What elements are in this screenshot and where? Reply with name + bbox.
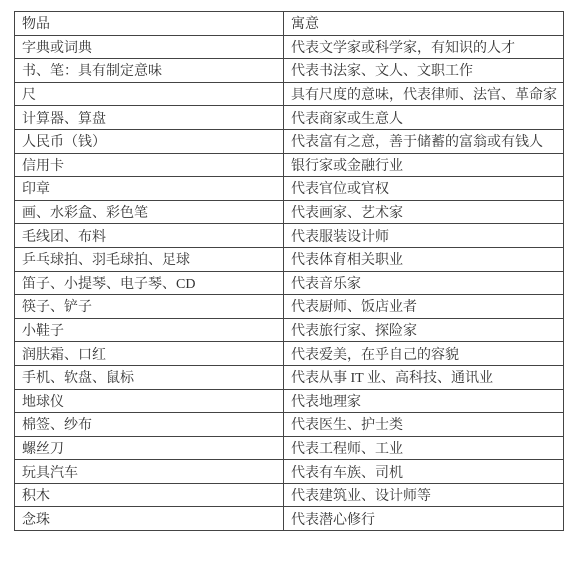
table-row: 印章代表官位或官权	[15, 177, 564, 201]
table-row: 筷子、铲子代表厨师、饭店业者	[15, 295, 564, 319]
page: { "colors": { "text": "#333333", "border…	[0, 0, 579, 563]
meaning-cell: 代表有车族、司机	[284, 460, 564, 484]
meaning-cell: 代表旅行家、探险家	[284, 318, 564, 342]
item-cell: 笛子、小提琴、电子琴、CD	[15, 271, 284, 295]
item-cell: 积木	[15, 483, 284, 507]
table-row: 积木代表建筑业、设计师等	[15, 483, 564, 507]
items-meanings-table: 物品 寓意 字典或词典代表文学家或科学家，有知识的人才书、笔：具有制定意味代表书…	[14, 11, 564, 531]
item-cell: 地球仪	[15, 389, 284, 413]
table-row: 小鞋子代表旅行家、探险家	[15, 318, 564, 342]
meaning-cell: 具有尺度的意味，代表律师、法官、革命家	[284, 82, 564, 106]
item-cell: 棉签、纱布	[15, 413, 284, 437]
item-cell: 毛线团、布料	[15, 224, 284, 248]
table-row: 螺丝刀代表工程师、工业	[15, 436, 564, 460]
table-row: 计算器、算盘代表商家或生意人	[15, 106, 564, 130]
table-row: 字典或词典代表文学家或科学家，有知识的人才	[15, 35, 564, 59]
column-header-item: 物品	[15, 12, 284, 36]
meaning-cell: 代表建筑业、设计师等	[284, 483, 564, 507]
column-header-meaning: 寓意	[284, 12, 564, 36]
table-row: 念珠代表潜心修行	[15, 507, 564, 531]
meaning-cell: 代表画家、艺术家	[284, 200, 564, 224]
table-row: 信用卡银行家或金融行业	[15, 153, 564, 177]
meaning-cell: 代表地理家	[284, 389, 564, 413]
meaning-cell: 银行家或金融行业	[284, 153, 564, 177]
meaning-cell: 代表工程师、工业	[284, 436, 564, 460]
table-row: 人民币（钱）代表富有之意，善于储蓄的富翁或有钱人	[15, 129, 564, 153]
table-body: 字典或词典代表文学家或科学家，有知识的人才书、笔：具有制定意味代表书法家、文人、…	[15, 35, 564, 530]
meaning-cell: 代表潜心修行	[284, 507, 564, 531]
meaning-cell: 代表富有之意，善于储蓄的富翁或有钱人	[284, 129, 564, 153]
item-cell: 人民币（钱）	[15, 129, 284, 153]
meaning-cell: 代表书法家、文人、文职工作	[284, 59, 564, 83]
header-row: 物品 寓意	[15, 12, 564, 36]
item-cell: 润肤霜、口红	[15, 342, 284, 366]
item-cell: 印章	[15, 177, 284, 201]
meaning-cell: 代表音乐家	[284, 271, 564, 295]
meaning-cell: 代表爱美，在乎自己的容貌	[284, 342, 564, 366]
table-row: 玩具汽车代表有车族、司机	[15, 460, 564, 484]
item-cell: 玩具汽车	[15, 460, 284, 484]
table-row: 笛子、小提琴、电子琴、CD代表音乐家	[15, 271, 564, 295]
item-cell: 书、笔：具有制定意味	[15, 59, 284, 83]
items-meanings-table-container: 物品 寓意 字典或词典代表文学家或科学家，有知识的人才书、笔：具有制定意味代表书…	[14, 11, 563, 531]
table-row: 地球仪代表地理家	[15, 389, 564, 413]
item-cell: 信用卡	[15, 153, 284, 177]
item-cell: 计算器、算盘	[15, 106, 284, 130]
item-cell: 螺丝刀	[15, 436, 284, 460]
item-cell: 念珠	[15, 507, 284, 531]
item-cell: 小鞋子	[15, 318, 284, 342]
table-row: 手机、软盘、鼠标代表从事 IT 业、高科技、通讯业	[15, 365, 564, 389]
table-row: 润肤霜、口红代表爱美，在乎自己的容貌	[15, 342, 564, 366]
item-cell: 字典或词典	[15, 35, 284, 59]
meaning-cell: 代表医生、护士类	[284, 413, 564, 437]
meaning-cell: 代表厨师、饭店业者	[284, 295, 564, 319]
item-cell: 手机、软盘、鼠标	[15, 365, 284, 389]
meaning-cell: 代表体育相关职业	[284, 247, 564, 271]
table-row: 书、笔：具有制定意味代表书法家、文人、文职工作	[15, 59, 564, 83]
meaning-cell: 代表商家或生意人	[284, 106, 564, 130]
item-cell: 筷子、铲子	[15, 295, 284, 319]
table-row: 画、水彩盒、彩色笔代表画家、艺术家	[15, 200, 564, 224]
table-row: 棉签、纱布代表医生、护士类	[15, 413, 564, 437]
meaning-cell: 代表从事 IT 业、高科技、通讯业	[284, 365, 564, 389]
table-row: 尺具有尺度的意味，代表律师、法官、革命家	[15, 82, 564, 106]
table-row: 毛线团、布料代表服装设计师	[15, 224, 564, 248]
item-cell: 尺	[15, 82, 284, 106]
meaning-cell: 代表服装设计师	[284, 224, 564, 248]
item-cell: 画、水彩盒、彩色笔	[15, 200, 284, 224]
table-row: 乒乓球拍、羽毛球拍、足球代表体育相关职业	[15, 247, 564, 271]
item-cell: 乒乓球拍、羽毛球拍、足球	[15, 247, 284, 271]
meaning-cell: 代表文学家或科学家，有知识的人才	[284, 35, 564, 59]
meaning-cell: 代表官位或官权	[284, 177, 564, 201]
